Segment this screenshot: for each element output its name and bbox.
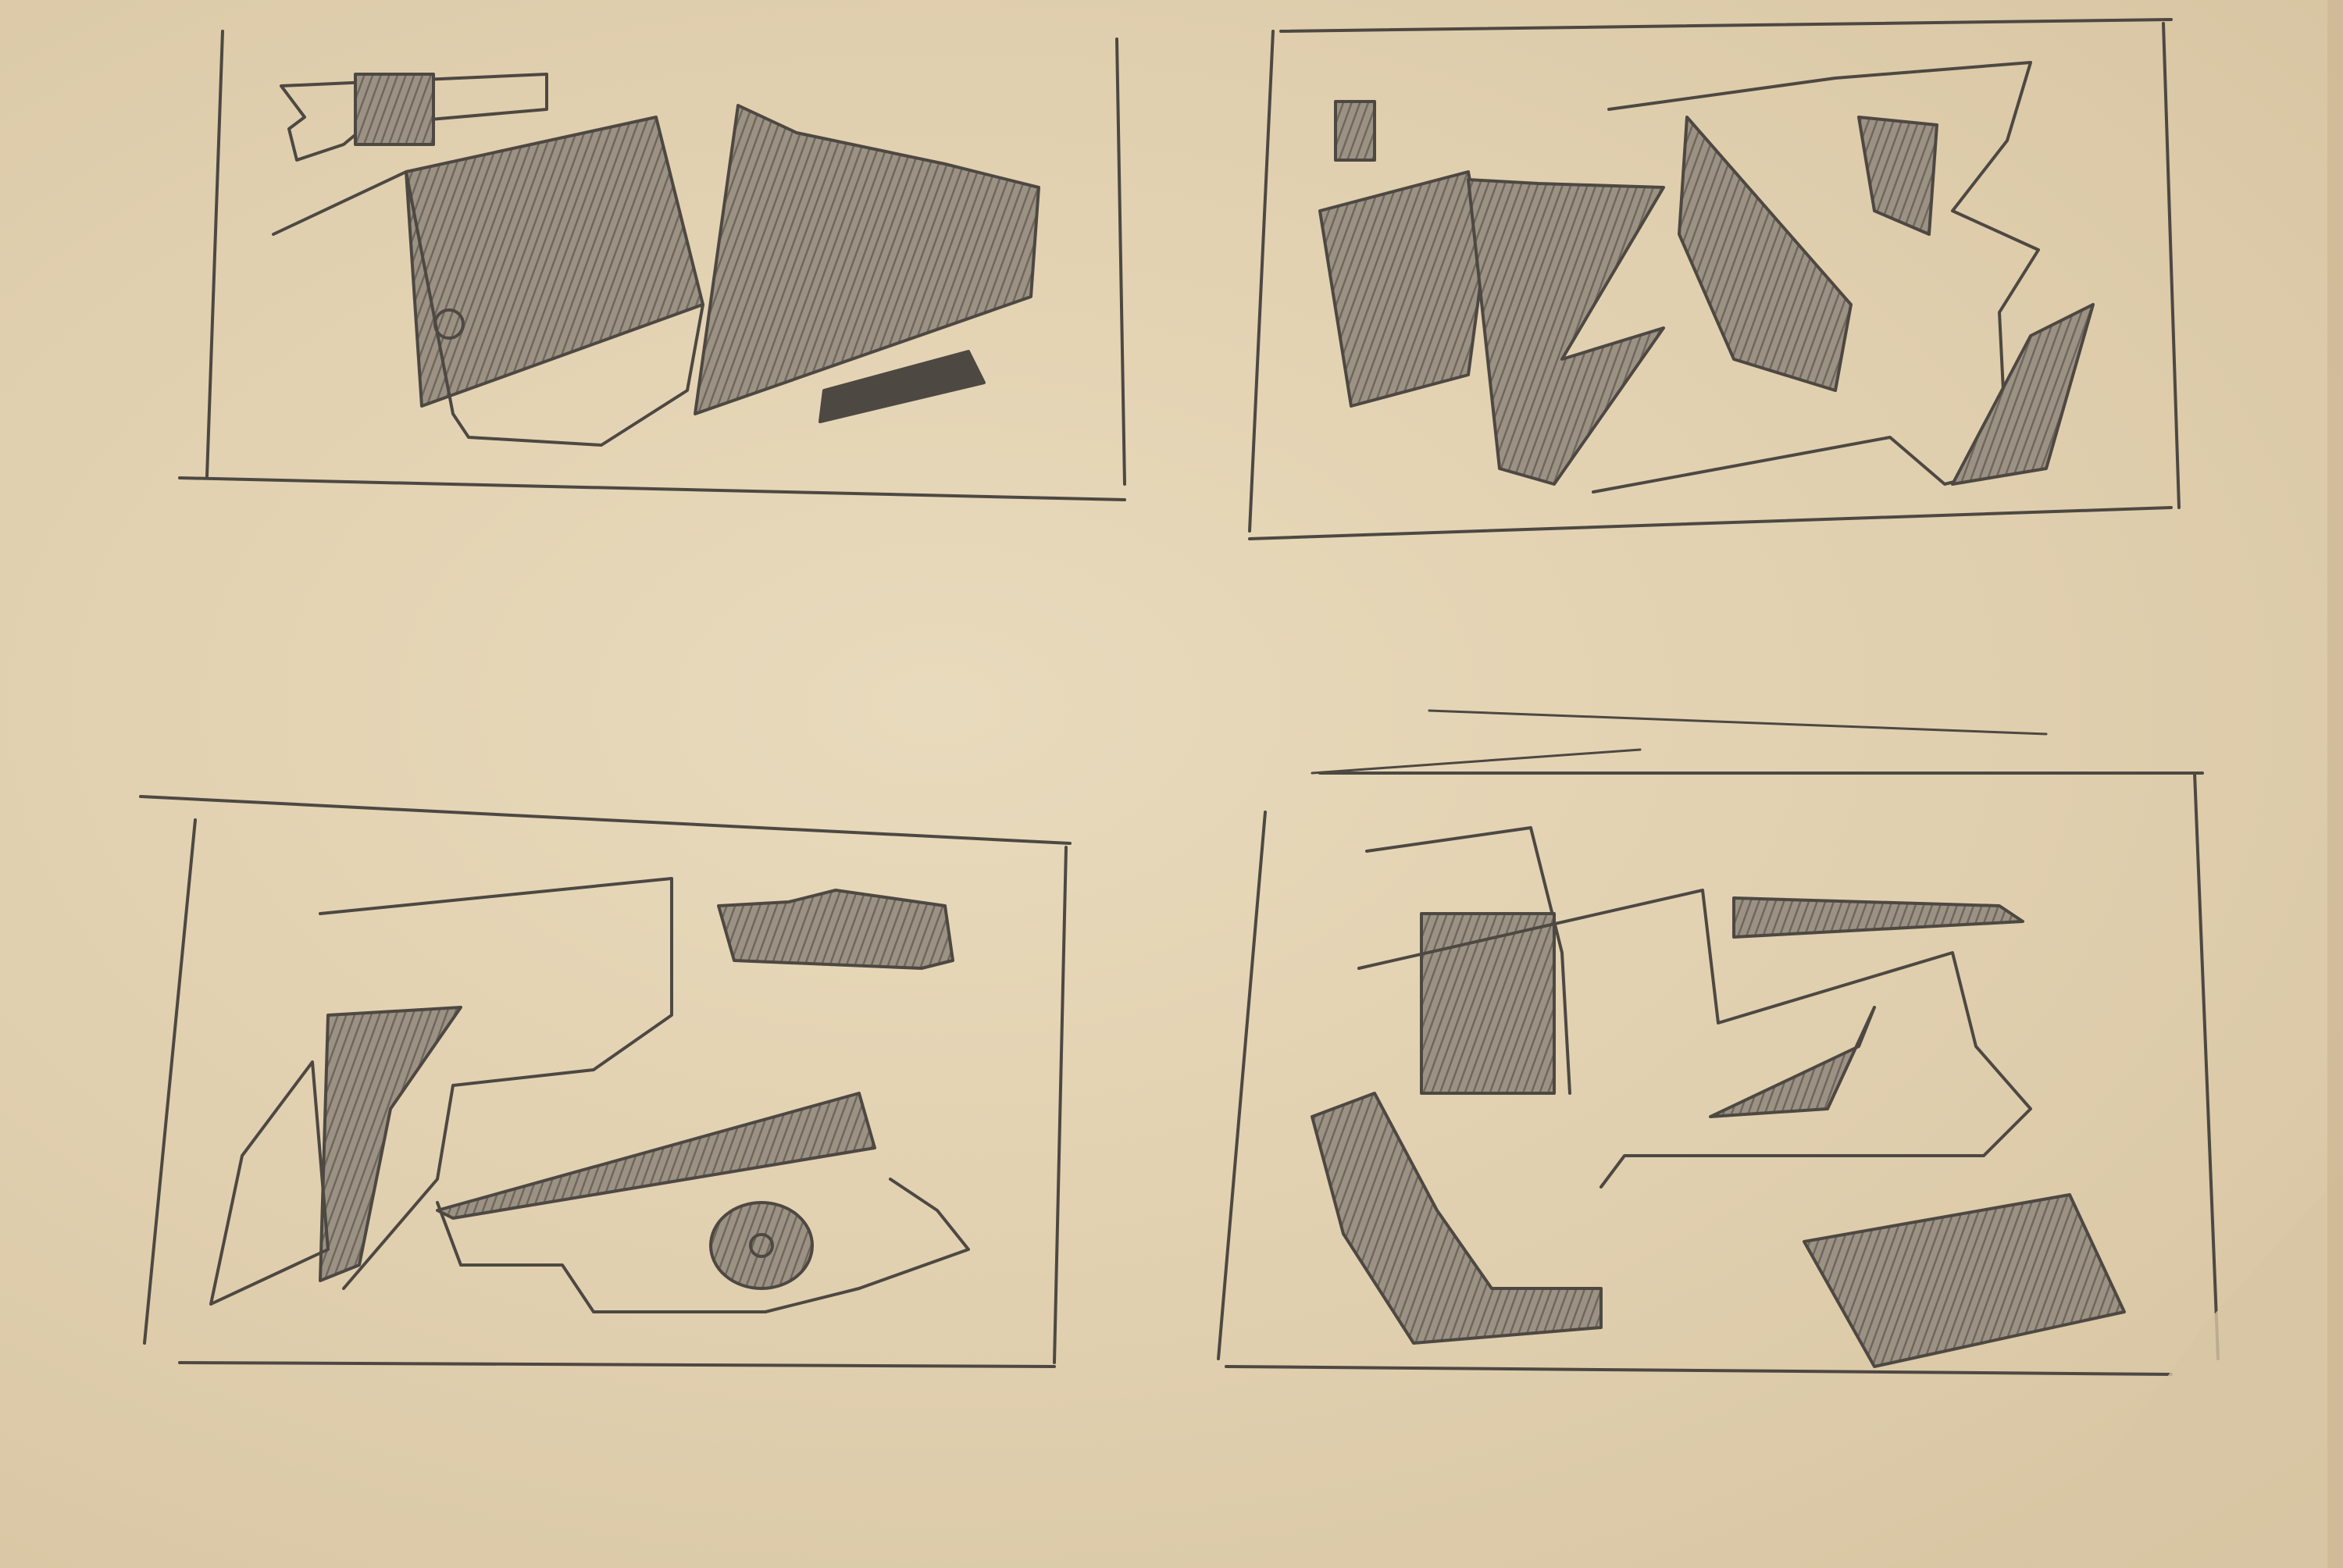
panel-bottom-left [141,796,1070,1367]
paper-background [0,0,2343,1568]
panel-top-right [1250,20,2179,539]
sketch-drawing [0,0,2343,1568]
panel-top-left [180,31,1125,500]
panel-bottom-right [1218,773,2218,1374]
